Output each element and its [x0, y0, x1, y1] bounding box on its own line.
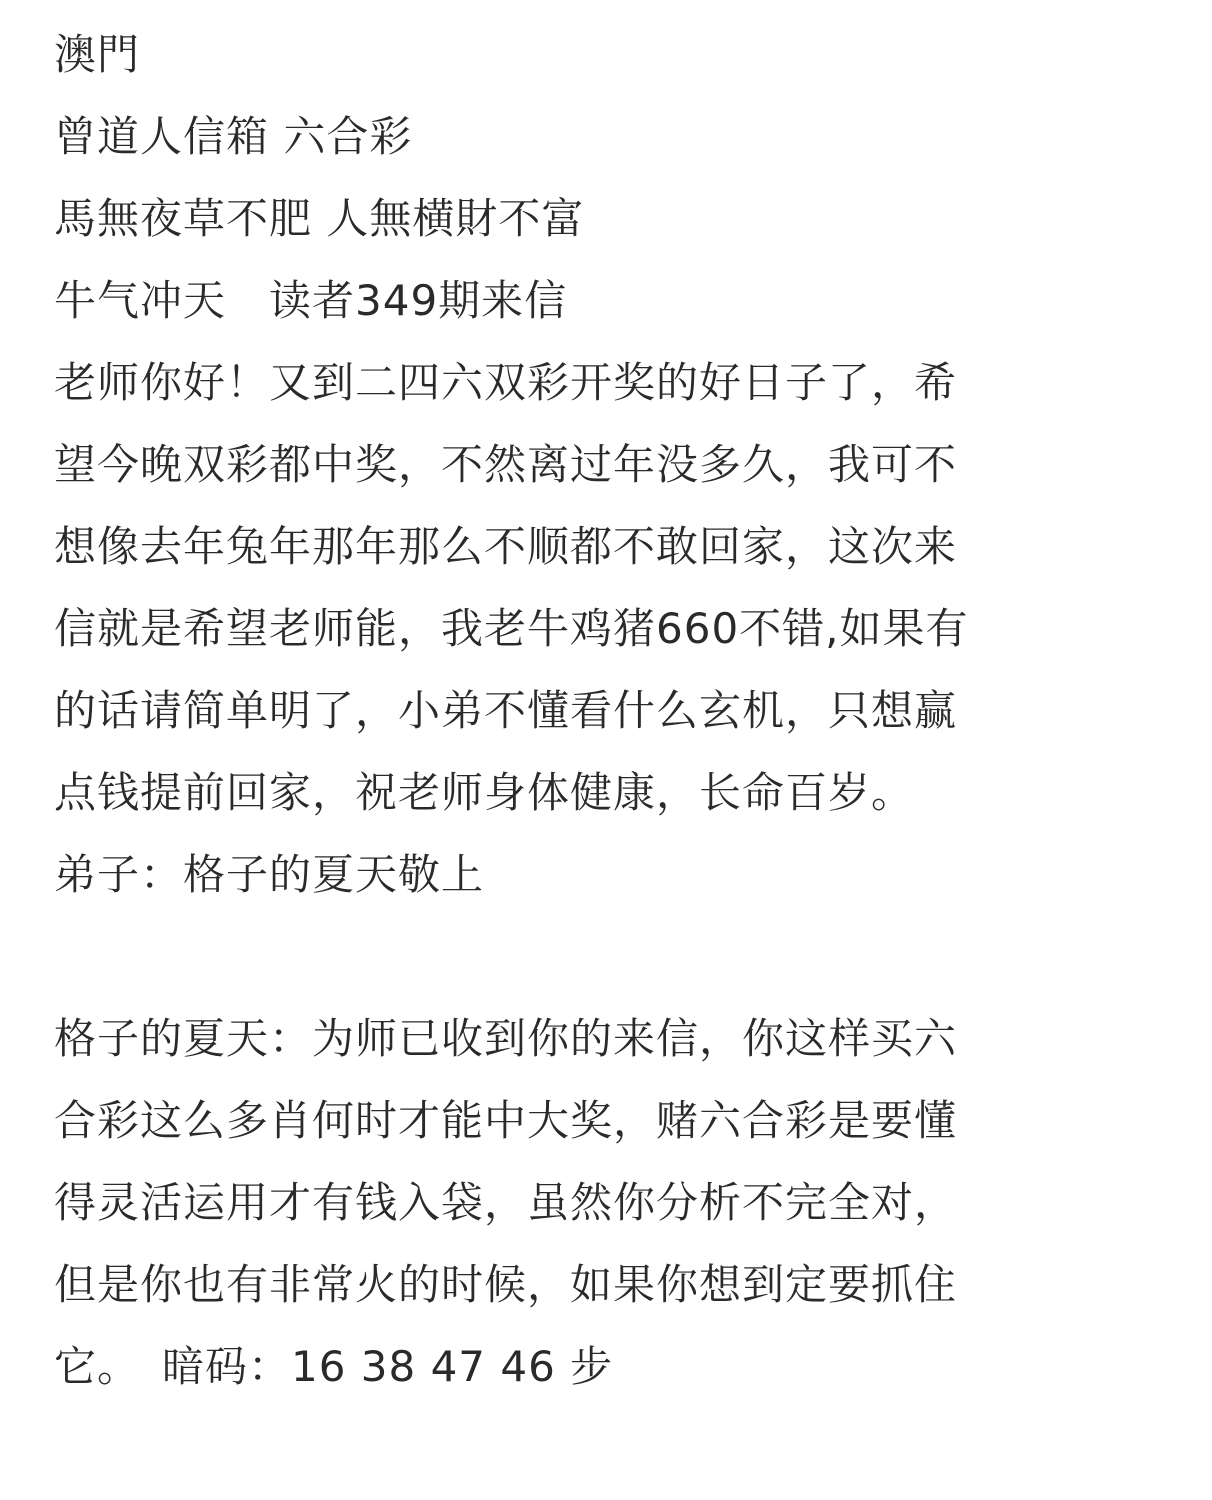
motto: 馬無夜草不肥 人無横財不富: [54, 178, 1174, 260]
reply-line-code: 它。 暗码：16 38 47 46 步: [54, 1326, 1174, 1408]
letter-line: 的话请简单明了，小弟不懂看什么玄机，只想赢: [54, 670, 1174, 752]
letter-line: 望今晚双彩都中奖，不然离过年没多久，我可不: [54, 424, 1174, 506]
reply-line: 得灵活运用才有钱入袋，虽然你分析不完全对，: [54, 1162, 1174, 1244]
reply-line: 合彩这么多肖何时才能中大奖，赌六合彩是要懂: [54, 1080, 1174, 1162]
issue-line: 牛气冲天 读者349期来信: [54, 260, 1174, 342]
letter-line: 点钱提前回家，祝老师身体健康，长命百岁。: [54, 752, 1174, 834]
paragraph-spacer: [54, 916, 1174, 998]
letter-line: 想像去年兔年那年那么不顺都不敢回家，这次来: [54, 506, 1174, 588]
reply-line: 格子的夏天：为师已收到你的来信，你这样买六: [54, 998, 1174, 1080]
column-title: 曾道人信箱 六合彩: [54, 96, 1174, 178]
reply-line: 但是你也有非常火的时候，如果你想到定要抓住: [54, 1244, 1174, 1326]
reader-letter: 老师你好！又到二四六双彩开奖的好日子了，希 望今晚双彩都中奖，不然离过年没多久，…: [54, 342, 1174, 916]
letter-line: 信就是希望老师能，我老牛鸡猪660不错,如果有: [54, 588, 1174, 670]
letter-signature: 弟子：格子的夏天敬上: [54, 834, 1174, 916]
master-reply: 格子的夏天：为师已收到你的来信，你这样买六 合彩这么多肖何时才能中大奖，赌六合彩…: [54, 998, 1174, 1408]
letter-line: 老师你好！又到二四六双彩开奖的好日子了，希: [54, 342, 1174, 424]
document-body: 澳門 曾道人信箱 六合彩 馬無夜草不肥 人無横財不富 牛气冲天 读者349期来信…: [54, 14, 1174, 1408]
location-heading: 澳門: [54, 14, 1174, 96]
